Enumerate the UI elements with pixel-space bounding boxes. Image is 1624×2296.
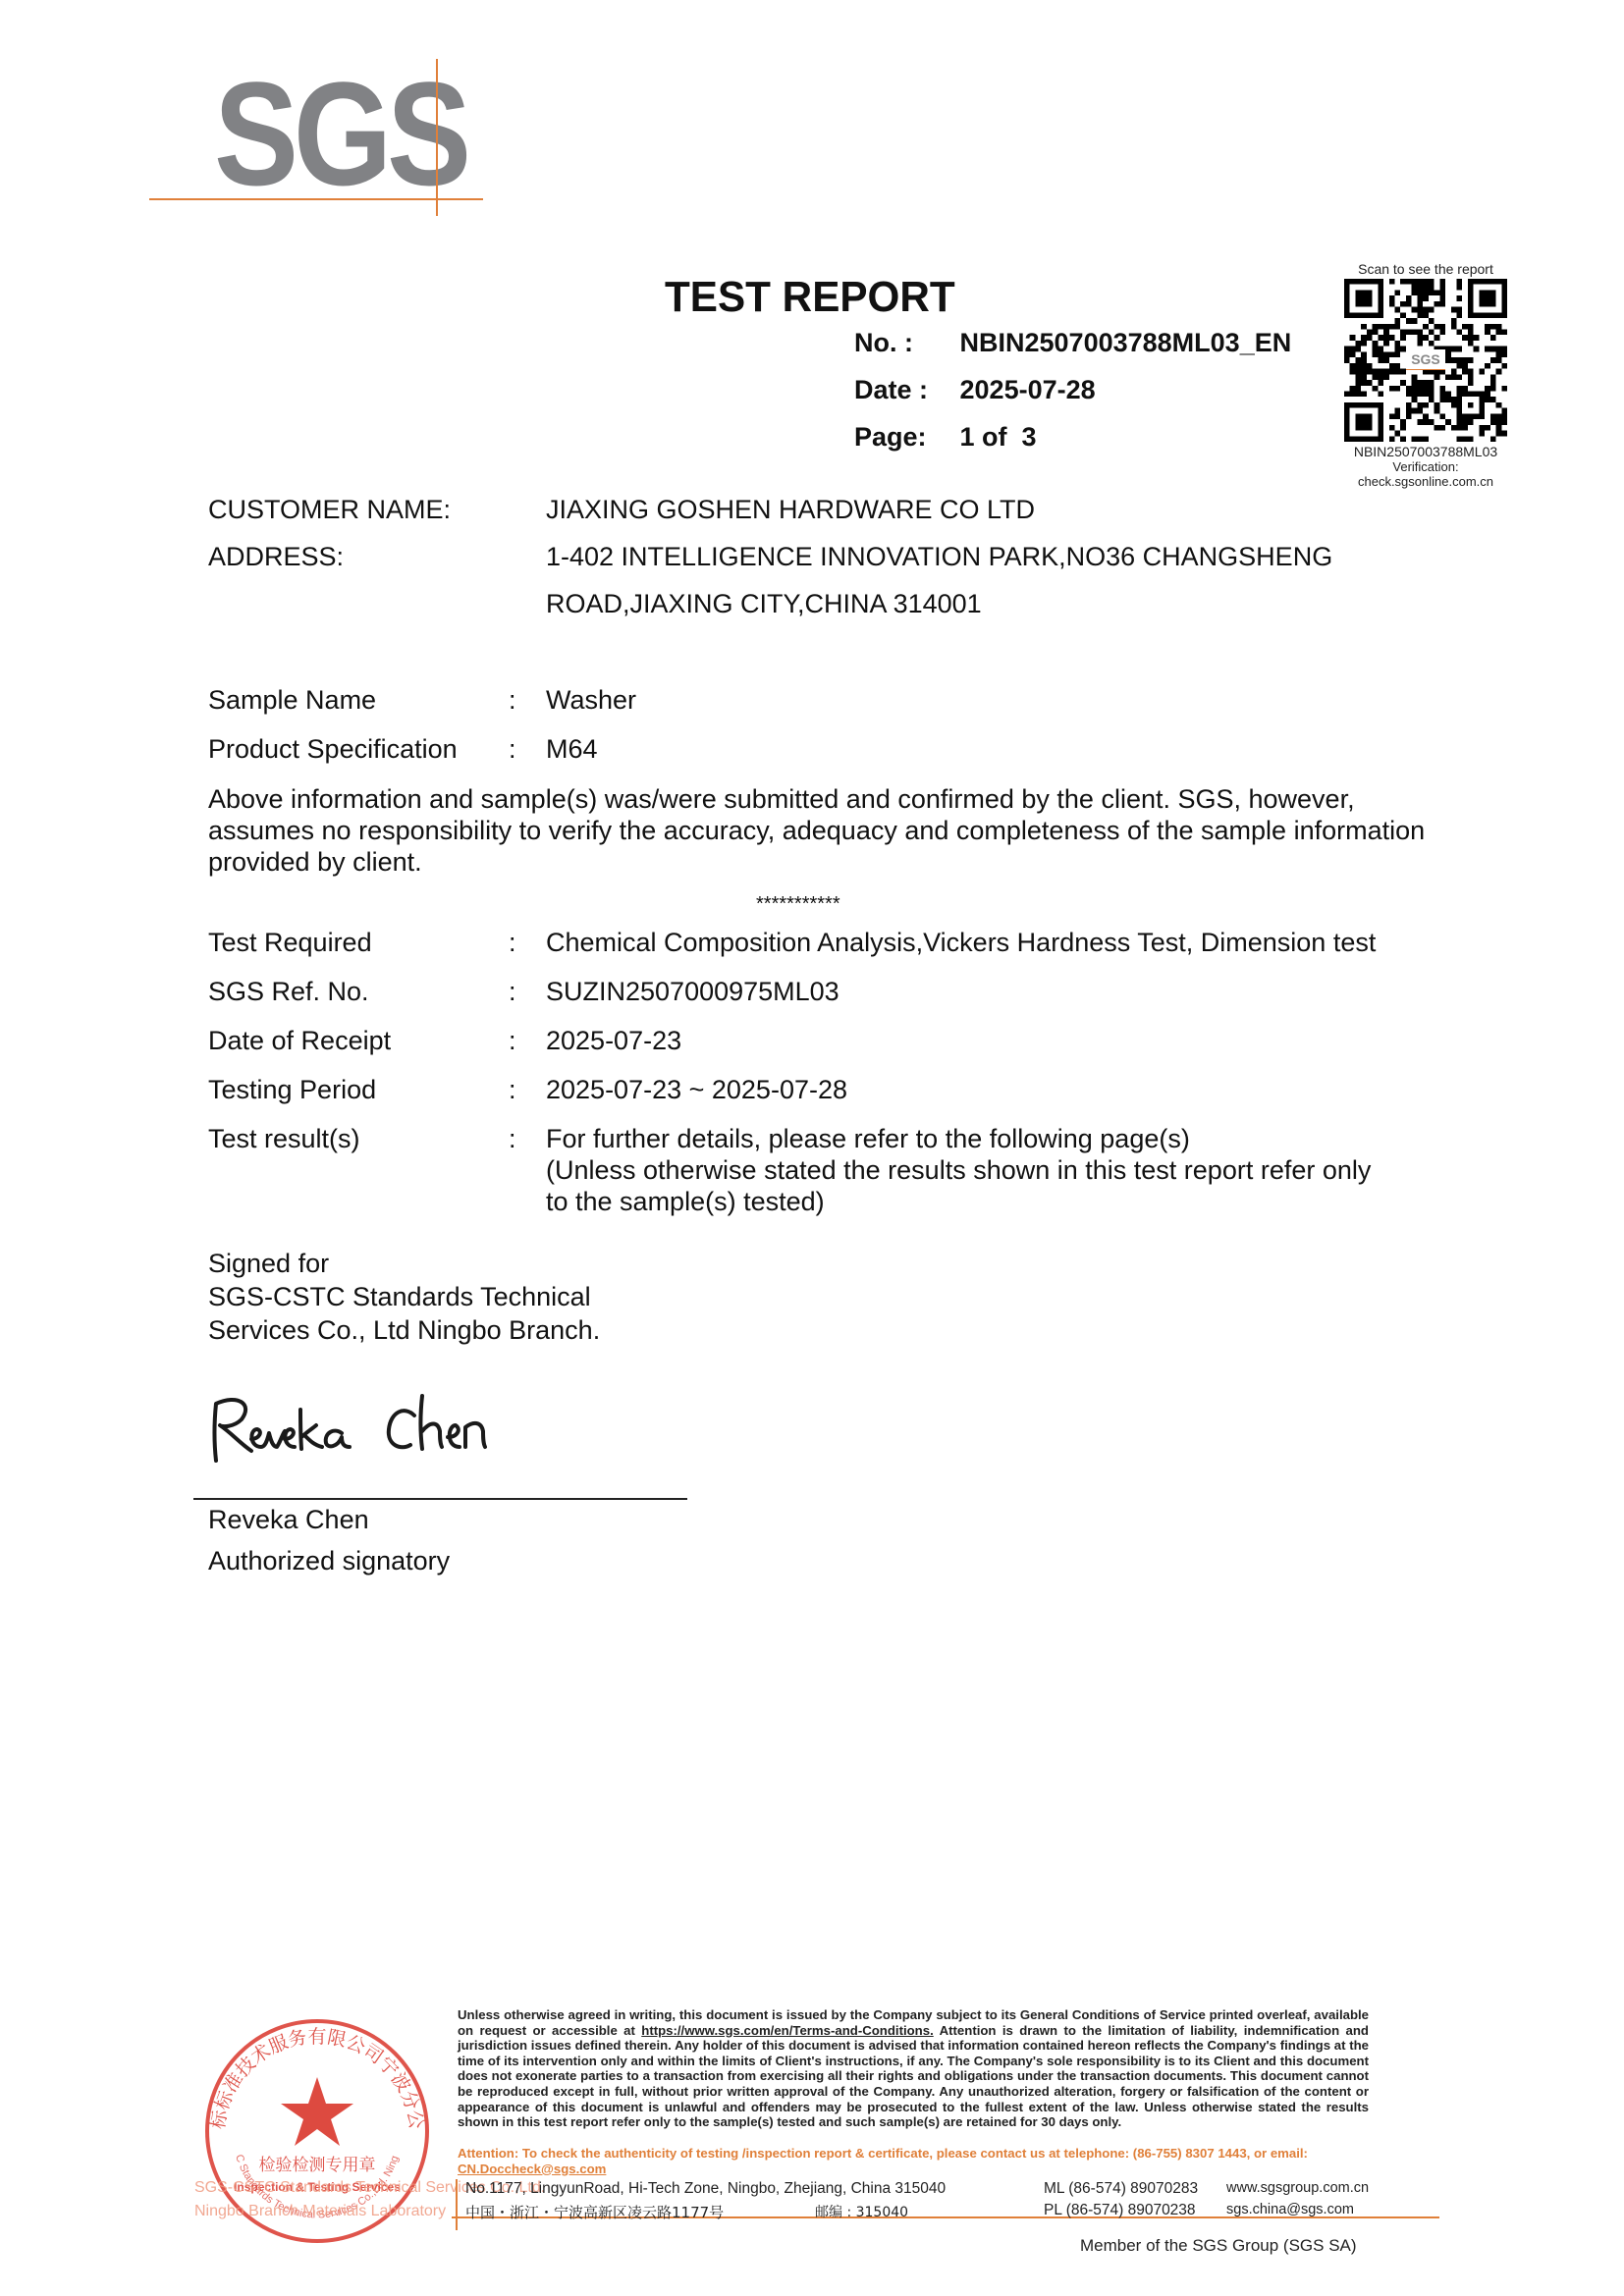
report-page-row: Page: 1 of 3 bbox=[854, 422, 1037, 453]
logo-vertical-rule bbox=[436, 59, 438, 216]
attention-text: Attention: To check the authenticity of … bbox=[458, 2146, 1308, 2161]
website-link[interactable]: www.sgsgroup.com.cn bbox=[1226, 2180, 1369, 2196]
separator: : bbox=[509, 927, 516, 958]
test-results-line-3: to the sample(s) tested) bbox=[546, 1186, 825, 1217]
test-required: Chemical Composition Analysis,Vickers Ha… bbox=[546, 927, 1376, 958]
address-english: No.1177, LingyunRoad, Hi-Tech Zone, Ning… bbox=[465, 2180, 946, 2198]
qr-report-id: NBIN2507003788ML03 bbox=[1337, 444, 1514, 459]
date-of-receipt-label: Date of Receipt bbox=[208, 1025, 391, 1056]
report-title: TEST REPORT bbox=[665, 273, 955, 322]
address-line-2: ROAD,JIAXING CITY,CHINA 314001 bbox=[546, 589, 982, 619]
disclaimer-text-continued: Attention is drawn to the limitation of … bbox=[458, 2023, 1369, 2130]
customer-name-label: CUSTOMER NAME: bbox=[208, 495, 451, 525]
handwritten-signature bbox=[208, 1374, 562, 1482]
sgs-ref-number: SUZIN2507000975ML03 bbox=[546, 976, 839, 1007]
sgs-logo-text: SGS bbox=[214, 65, 466, 202]
section-divider-stars: *********** bbox=[756, 893, 840, 916]
qr-caption: Scan to see the report bbox=[1337, 261, 1514, 277]
signature-line bbox=[193, 1498, 687, 1500]
qr-code-icon[interactable]: SGS bbox=[1344, 279, 1507, 442]
contact-email-link[interactable]: sgs.china@sgs.com bbox=[1226, 2202, 1354, 2217]
test-required-label: Test Required bbox=[208, 927, 372, 958]
sample-name-label: Sample Name bbox=[208, 684, 376, 716]
doccheck-email-link[interactable]: CN.Doccheck@sgs.com bbox=[458, 2162, 606, 2176]
separator: : bbox=[509, 1123, 516, 1154]
stamp-lab-line-2: Ningbo Branch Materials Laboratory bbox=[194, 2203, 446, 2220]
legal-disclaimer: Unless otherwise agreed in writing, this… bbox=[458, 2007, 1369, 2130]
separator: : bbox=[509, 976, 516, 1007]
sample-name: Washer bbox=[546, 684, 636, 716]
report-page-label: Page: bbox=[854, 422, 952, 453]
separator: : bbox=[509, 1025, 516, 1056]
testing-period: 2025-07-23 ~ 2025-07-28 bbox=[546, 1074, 847, 1105]
terms-link[interactable]: https://www.sgs.com/en/Terms-and-Conditi… bbox=[641, 2023, 933, 2038]
signed-for-block: Signed for SGS-CSTC Standards Technical … bbox=[208, 1247, 600, 1347]
signed-for-line-1: Signed for bbox=[208, 1247, 600, 1280]
qr-sgs-badge: SGS bbox=[1406, 349, 1445, 370]
address-line-1: 1-402 INTELLIGENCE INNOVATION PARK,NO36 … bbox=[546, 542, 1332, 572]
logo-horizontal-rule bbox=[149, 198, 483, 200]
qr-verification-label: Verification: bbox=[1337, 459, 1514, 474]
member-statement: Member of the SGS Group (SGS SA) bbox=[1080, 2236, 1357, 2256]
address-chinese: 中国・浙江・宁波高新区凌云路1177号 bbox=[465, 2202, 724, 2222]
report-number-label: No. : bbox=[854, 328, 952, 358]
report-date-row: Date : 2025-07-28 bbox=[854, 375, 1096, 405]
separator: : bbox=[509, 733, 516, 765]
signed-for-line-2: SGS-CSTC Standards Technical bbox=[208, 1280, 600, 1313]
test-results-line-1: For further details, please refer to the… bbox=[546, 1123, 1190, 1154]
report-number-row: No. : NBIN2507003788ML03_EN bbox=[854, 328, 1291, 358]
product-spec-label: Product Specification bbox=[208, 733, 458, 765]
signatory-name: Reveka Chen bbox=[208, 1505, 369, 1535]
report-date-label: Date : bbox=[854, 375, 952, 405]
verification-qr-block: Scan to see the report SGS NBIN250700378… bbox=[1337, 261, 1514, 489]
qr-verification-site[interactable]: check.sgsonline.com.cn bbox=[1337, 474, 1514, 489]
test-results-line-2: (Unless otherwise stated the results sho… bbox=[546, 1154, 1371, 1186]
testing-period-label: Testing Period bbox=[208, 1074, 376, 1105]
product-spec: M64 bbox=[546, 733, 598, 765]
postcode-chinese: 邮编 : 315040 bbox=[815, 2202, 908, 2221]
client-notice: Above information and sample(s) was/were… bbox=[208, 783, 1426, 878]
date-of-receipt: 2025-07-23 bbox=[546, 1025, 681, 1056]
report-date: 2025-07-28 bbox=[960, 375, 1096, 404]
separator: : bbox=[509, 1074, 516, 1105]
customer-name: JIAXING GOSHEN HARDWARE CO LTD bbox=[546, 495, 1035, 525]
address-label: ADDRESS: bbox=[208, 542, 344, 572]
sgs-logo: SGS bbox=[147, 57, 486, 199]
signatory-role: Authorized signatory bbox=[208, 1546, 450, 1576]
footer-vertical-rule bbox=[456, 2179, 458, 2230]
test-results-label: Test result(s) bbox=[208, 1123, 360, 1154]
separator: : bbox=[509, 684, 516, 716]
phone-pl: PL (86-574) 89070238 bbox=[1044, 2202, 1196, 2219]
signed-for-line-3: Services Co., Ltd Ningbo Branch. bbox=[208, 1313, 600, 1347]
sgs-ref-label: SGS Ref. No. bbox=[208, 976, 369, 1007]
authenticity-notice: Attention: To check the authenticity of … bbox=[458, 2146, 1380, 2176]
report-page: 1 of 3 bbox=[960, 422, 1037, 452]
svg-text:检验检测专用章: 检验检测专用章 bbox=[259, 2155, 376, 2175]
report-number: NBIN2507003788ML03_EN bbox=[960, 328, 1292, 357]
phone-ml: ML (86-574) 89070283 bbox=[1044, 2180, 1198, 2198]
